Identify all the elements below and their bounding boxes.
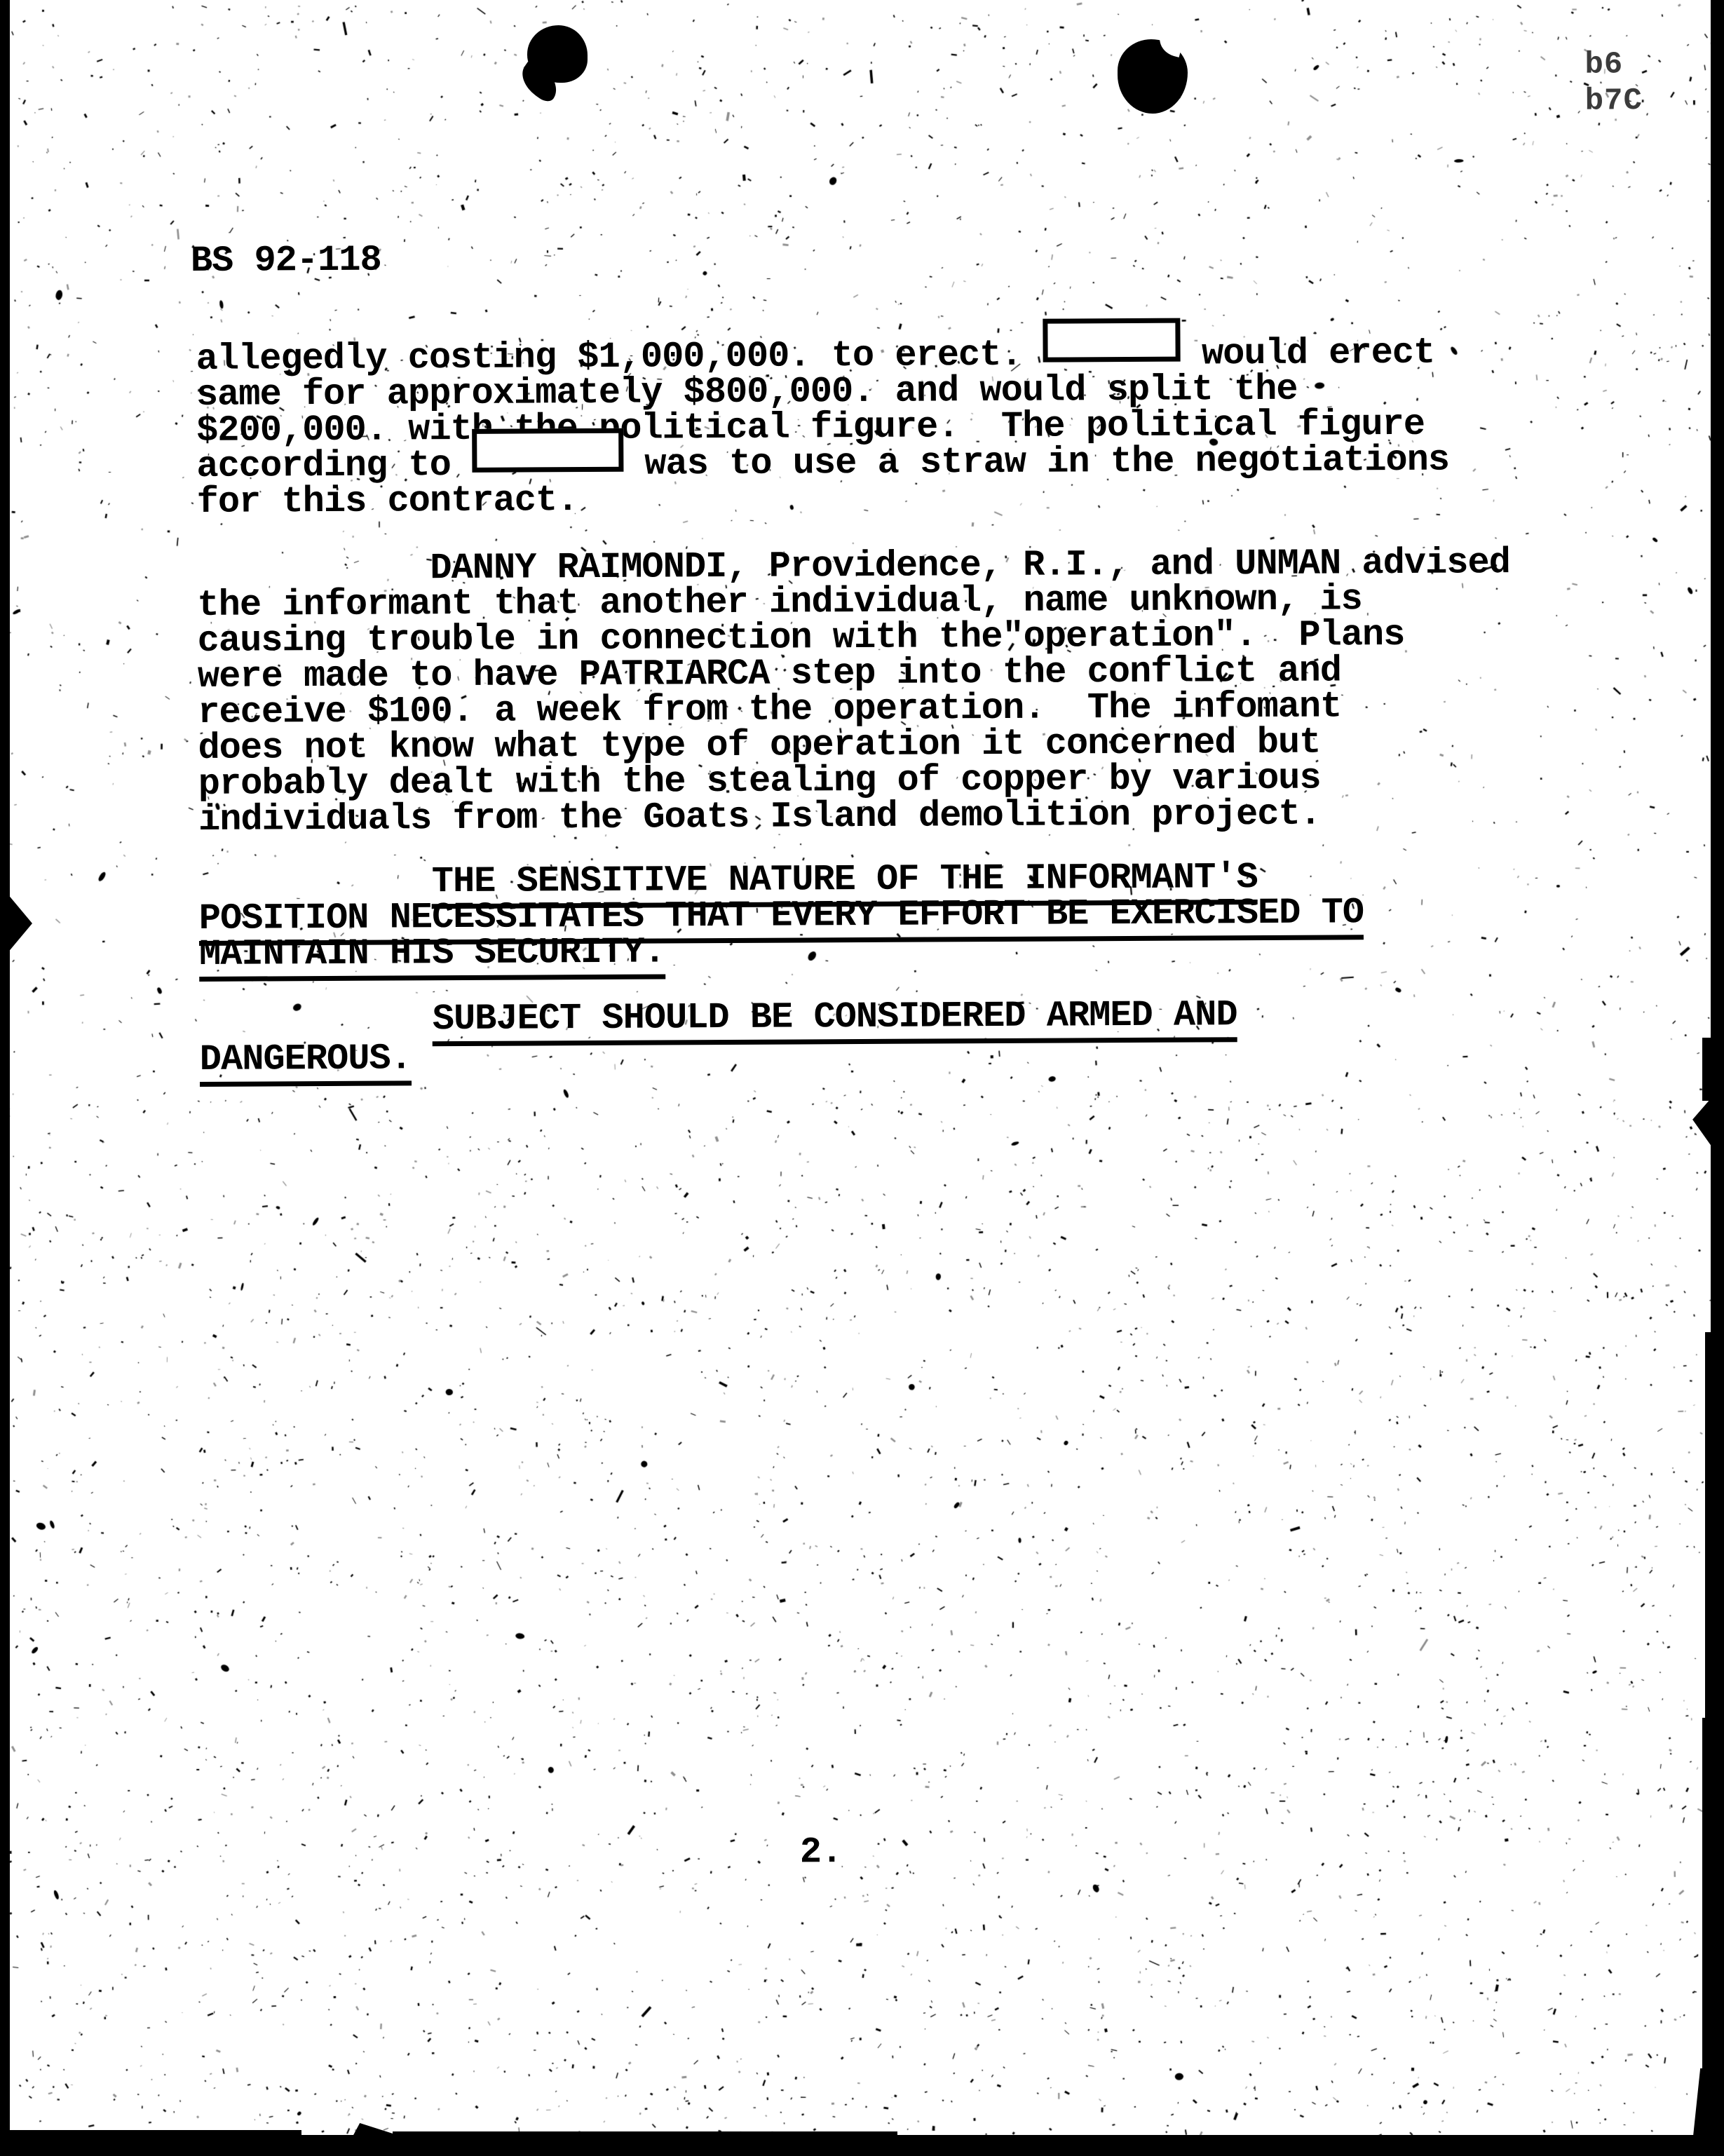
text-line: individuals from the Goats Island demoli… [198,795,1512,838]
page-number: 2. [800,1831,843,1873]
redaction-box [1043,318,1181,362]
text-line: according to was to use a straw in the n… [196,442,1449,484]
text-run [199,998,433,1041]
scan-edge-left [0,0,10,2156]
text-run: individuals from the Goats Island demoli… [198,794,1321,841]
underlined-text: DANGEROUS. [200,1038,412,1087]
redaction-box [472,428,623,473]
paragraph-raimondi: DANNY RAIMONDI, Providence, R.I., and UN… [197,545,1512,838]
paragraph-contract: allegedly costing $1,000,000. to erect. … [196,335,1449,520]
classification-mark-b6: b6 [1584,47,1623,82]
scan-edge-right-lower2 [1702,1718,1724,2075]
text-line: for this contract. [197,478,1450,520]
scan-edge-right-lower [1705,1332,1724,1725]
text-line: POSITION NECESSITATES THAT EVERY EFFORT … [199,895,1364,937]
notice-armed-dangerous: SUBJECT SHOULD BE CONSIDERED ARMED ANDDA… [199,996,1237,1080]
underlined-text: MAINTAIN HIS SECURITY. [199,931,665,981]
scan-edge-bottom-mid [393,2131,897,2156]
scan-edge-bottom-left [0,2130,301,2156]
classification-marks: b6 b7C [1584,46,1643,119]
text-run: for this contract. [197,480,578,523]
hole-punch-mark-left [527,25,588,83]
document-content: b6 b7C BS 92-118 allegedly costing $1,00… [0,0,1724,2156]
text-line: SUBJECT SHOULD BE CONSIDERED ARMED AND [199,996,1237,1040]
notice-informant-security: THE SENSITIVE NATURE OF THE INFORMANT'SP… [198,859,1364,972]
file-number: BS 92-118 [191,240,381,282]
underlined-text: SUBJECT SHOULD BE CONSIDERED ARMED AND [433,994,1237,1046]
classification-mark-b7c: b7C [1585,83,1643,118]
scanned-document-page: b6 b7C BS 92-118 allegedly costing $1,00… [0,0,1724,2156]
text-run: was to use a straw in the negotiations [623,440,1449,485]
